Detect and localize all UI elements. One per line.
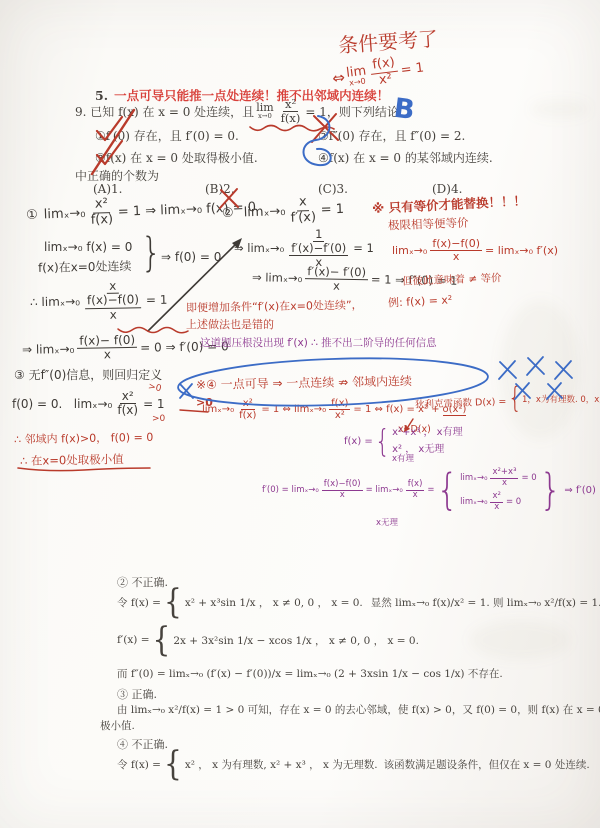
choice-a: (A)1. — [93, 182, 122, 196]
case-brace: { — [164, 747, 182, 781]
positive-mark-denominator: >0 — [152, 414, 165, 424]
problem-lead: 9. 已知 f(x) 在 x = 0 处连续，且 — [75, 103, 254, 120]
solution-item3-line2: 极小值. — [100, 718, 135, 733]
item-1-label: ① — [26, 207, 38, 222]
dirichlet-label: 狄利克雷函数 D(x) = — [415, 393, 507, 410]
lim-prefix: limₓ→₀ — [243, 203, 285, 219]
work1-line2: limₓ→₀ f(x) = 0 — [44, 240, 132, 254]
dirichlet-case-2: 0，x为无理数. — [580, 395, 600, 405]
work3-line2: ∴ 邻域内 f(x)>0， f(0) = 0 — [14, 429, 154, 447]
scan-smudge — [530, 100, 590, 118]
fprime-label: f′(x) = — [117, 634, 150, 646]
work1-line6: ⇒ limₓ→₀ f(x)− f(0)x = 0 ⇒ f′(0) = 0 — [22, 332, 229, 363]
option-1: ①f′(0) 存在，且 f′(0) = 0. — [95, 127, 239, 144]
difference-quotient-fraction: f(x)− f(0)x — [77, 334, 137, 363]
red-note-not-equivalent: 但彼此意味着 ≠ 等价 — [402, 270, 502, 288]
difference-quotient-fraction: f′(x)− f′(0)x — [305, 265, 368, 293]
lim-prefix: limₓ→₀ — [202, 404, 234, 415]
work1-line5: ∴ limₓ→₀ x f(x)−f(0)x = 1 — [30, 279, 168, 324]
solution-item2-rest: 显然 limₓ→₀ f(x)/x² = 1. 则 limₓ→₀ x²/f(x) … — [371, 595, 600, 610]
fraction-fx-over-x2: f(x)x² — [370, 56, 400, 89]
lim-subscript: x→0 — [349, 77, 366, 87]
let-fx-label: 令 f(x) = — [117, 595, 161, 610]
solution-item4-rest: 该函数满足题设条件，但仅在 x = 0 处连续. — [384, 757, 590, 772]
work2-line2: ⇒ limₓ→₀ 1 f′(x)−f′(0)x = 1 — [234, 228, 374, 269]
red-note-example: 例: f(x) = x² — [388, 291, 453, 310]
solution-item2-definition: 令 f(x) = { x² + x³sin 1/x ， x ≠ 0, 0 ， x… — [117, 588, 600, 616]
work3-conclusion: ∴ 在x=0处取极小值 — [20, 451, 124, 469]
double-fraction: x f(x)−f(0)x — [83, 279, 144, 322]
solution-case-1: x² + x³sin 1/x ， x ≠ 0, — [185, 597, 304, 609]
iff-symbol: ⇔ — [331, 68, 346, 87]
red-formula-line: limₓ→₀ f(x)−f(0)x = limₓ→₀ f′(x) — [392, 238, 558, 264]
equals-one: = 1 — [353, 241, 374, 255]
red-rule-equivalence: ※ 只有等价才能替换！！！ — [372, 191, 527, 217]
equals-lim: = limₓ→₀ — [366, 485, 403, 495]
double-fraction: 1 f′(x)−f′(0)x — [287, 228, 350, 269]
implies-lim: ⇒ limₓ→₀ — [234, 241, 284, 255]
option-3: ③f(x) 在 x = 0 处取得极小值. — [95, 149, 258, 166]
work3-head: ③ 无f″(0)信息，则回归定义 — [14, 366, 162, 383]
dirichlet-cases: { 1，x为有理数. 0，x为无理数. — [508, 388, 600, 410]
fraction-x-over-fprime: xf′(x) — [288, 195, 318, 226]
option-4: ④f(x) 在 x = 0 的某邻域内连续. — [318, 149, 493, 166]
work4-head: ※④ 一点可导 ⇒ 一点连续 ⇏ 邻域内连续 — [196, 372, 412, 393]
grade-mark-b: B — [392, 93, 416, 126]
solution-case-2: 0 ， x = 0. — [364, 635, 419, 647]
purple-case-rational: x²+x³ ， x有理 — [392, 424, 463, 441]
lim-prefix: limₓ→₀ — [460, 497, 487, 507]
scan-smudge — [470, 620, 570, 660]
case-brace: { — [375, 425, 390, 456]
case-brace: { — [153, 623, 171, 657]
case2-fraction: x²x — [490, 492, 502, 512]
fraction-fx-over-x2: f(x)x² — [329, 398, 350, 421]
solution-case-1: 2x + 3x²sin 1/x − xcos 1/x ， x ≠ 0, — [173, 635, 360, 647]
item-2-label: ② — [222, 205, 234, 220]
fraction-x2-over-fx: x²f(x) — [279, 98, 303, 125]
purple-case2-label: x无理 — [376, 516, 398, 528]
purple-note-no-fprime: 这道题压根没出现 f′(x) ∴ 推不出二阶导的任何信息 — [200, 335, 437, 350]
problem-statement: 9. 已知 f(x) 在 x = 0 处连续，且 limx→0 x²f(x) =… — [75, 98, 399, 125]
blue-cross-left — [180, 384, 193, 398]
equiv-note: ⇔ limx→0 f(x)x² = 1 — [331, 52, 426, 93]
fraction-x2-over-fx: x²f(x) — [237, 398, 258, 421]
equals-one: = 1 — [146, 293, 168, 307]
problem-tail: = 1，则下列结论 — [305, 103, 399, 120]
difference-quotient-fraction: f(x)−f(0)x — [430, 238, 482, 264]
red-formula-tail: = limₓ→₀ f′(x) — [485, 244, 558, 257]
implies-lim: ⇒ limₓ→₀ — [252, 271, 302, 286]
equals-zero: = 0 — [506, 497, 521, 507]
dirichlet-case-1: 1，x为有理数. — [522, 395, 578, 405]
solution-fprime-definition: f′(x) = { 2x + 3x²sin 1/x − xcos 1/x ， x… — [117, 626, 419, 654]
let-fx-label: 令 f(x) = — [117, 757, 161, 772]
solution-item4-definition: 令 f(x) = { x² ， x 为有理数, x² + x³ ， x 为无理数… — [117, 750, 590, 778]
scanned-notes-page: 条件要考了 5. 一点可导只能推一点处连续！推不出邻域内连续！ ⇔ limx→0… — [0, 0, 600, 828]
solution-item3-verdict: ③ 正确. — [117, 686, 157, 702]
fx-label: f(x) = — [344, 436, 373, 447]
solution-item3-line1: 由 limₓ→₀ x²/f(x) = 1 > 0 可知，存在 x = 0 的去心… — [117, 702, 600, 717]
fraction-x2-over-fx: x²f(x) — [115, 390, 140, 418]
purple-case1-label: x有理 — [392, 452, 414, 464]
red-note-condition: 即便增加条件“f′(x)在x=0处连续”， — [186, 296, 363, 315]
equals-one: = 1 — [321, 201, 345, 217]
f0-equals-zero: f(0) = 0. limₓ→₀ — [12, 397, 112, 411]
lim-prefix: limₓ→₀ — [43, 205, 85, 221]
work1-line3: f(x)在x=0处连续 — [38, 257, 132, 276]
fprime0-prefix: f′(0) = limₓ→₀ — [262, 485, 319, 495]
solution-case-2: x² + x³ ， x 为无理数. — [270, 759, 378, 771]
red-rule-limits-equal: 极限相等便等价 — [388, 215, 469, 234]
case-brace: { — [508, 385, 522, 414]
top-scribble-note: 条件要考了 — [337, 23, 439, 59]
work1-brace: } — [141, 232, 161, 272]
equals-one: = 1 — [143, 397, 165, 411]
equals-sign: = — [427, 485, 434, 495]
equals-one: = 1 — [400, 60, 425, 78]
solution-case-2: 0 ， x = 0. — [307, 597, 362, 609]
close-brace: } — [540, 469, 562, 512]
option-2: ②f″(0) 存在，且 f″(0) = 2. — [318, 127, 465, 144]
red-note-wrong: 上述做法也是错的 — [186, 316, 274, 332]
difference-quotient-fraction: f(x)−f(0)x — [322, 480, 363, 500]
case-brace: { — [164, 585, 182, 619]
fraction-fx-over-x: f(x)x — [406, 480, 425, 500]
case1-fraction: x²+x³x — [490, 468, 518, 488]
implies-lim: ⇒ limₓ→₀ — [22, 342, 75, 357]
work1-line4: ⇒ f(0) = 0 — [161, 250, 221, 264]
case-brace: { — [437, 469, 459, 512]
scan-smudge — [500, 300, 580, 440]
work2-head: ② limₓ→₀ xf′(x) = 1 — [222, 194, 345, 228]
lim-prefix: limₓ→₀ — [392, 244, 427, 257]
therefore-lim: ∴ limₓ→₀ — [30, 294, 80, 309]
lim-prefix: limₓ→₀ — [460, 473, 487, 483]
purple-derivative-line: f′(0) = limₓ→₀ f(x)−f(0)x = limₓ→₀ f(x)x… — [262, 468, 600, 512]
solution-case-1: x² ， x 为有理数, — [185, 759, 267, 771]
purple-conclusion: ⇒ f′(0) = 0 — [564, 485, 600, 496]
fraction-x2-over-fx: x²f(x) — [88, 197, 115, 228]
iff-lim: = 1 ⇔ limₓ→₀ — [261, 404, 326, 415]
equals-zero: = 0 — [521, 473, 536, 483]
lim-subscript: x→0 — [258, 113, 272, 120]
solution-second-derivative-line: 而 f″(0) = limₓ→₀ (f′(x) − f′(0))/x = lim… — [117, 666, 503, 681]
work3-line1: f(0) = 0. limₓ→₀ x²f(x) = 1 — [12, 390, 165, 418]
